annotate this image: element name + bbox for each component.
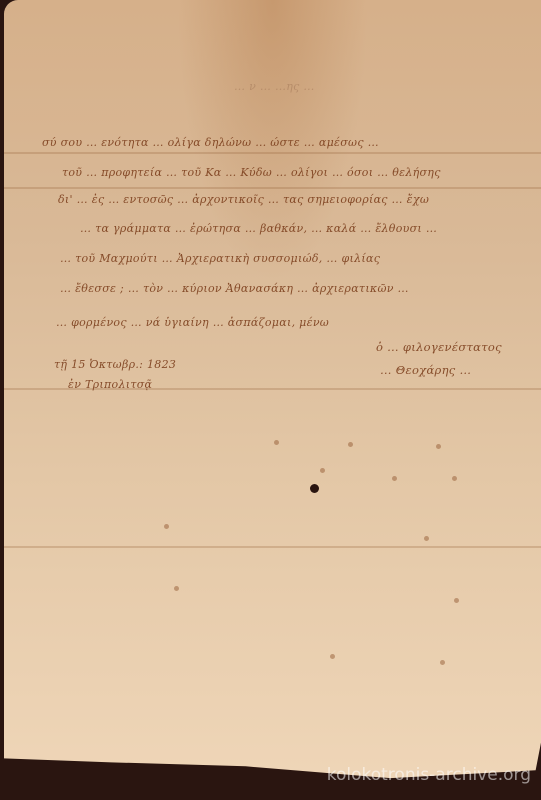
body-line-6: … ἔθεσσε ; … τὸν … κύριον Ἀθανασάκη … ἀρ… (60, 282, 409, 295)
ink-bleed (440, 660, 445, 665)
ink-bleed (174, 586, 179, 591)
letter-place: ἐν Τριπολιτσᾷ (68, 378, 152, 391)
manuscript-page: … ν … …ης … σύ σου … ενότητα … ολίγα δηλ… (4, 0, 541, 790)
body-line-7: … φορμένος … νά ὑγιαίνη … ἀσπάζομαι, μέν… (56, 316, 329, 329)
ink-bleed (454, 598, 459, 603)
ink-bleed (452, 476, 457, 481)
archive-watermark: kolokotronis-archive.org (327, 765, 531, 785)
signature: … Θεοχάρης … (380, 363, 471, 377)
fold-line (4, 187, 541, 189)
header-faint-text: … ν … …ης … (234, 80, 315, 93)
paper-hole (310, 484, 319, 493)
body-line-3: δι' … ἐς … εντοσῶς … ἀρχοντικοῖς … τας σ… (58, 193, 429, 206)
ink-bleed (424, 536, 429, 541)
ink-bleed (436, 444, 441, 449)
ink-bleed (330, 654, 335, 659)
closing-formula: ὁ … φιλογενέστατος (376, 340, 502, 354)
body-line-5: … τοῦ Μαχμούτι … Ἀρχιερατικὴ συσσομιώδ, … (60, 252, 380, 265)
fold-line (4, 546, 541, 548)
fold-line (4, 152, 541, 154)
letter-date: τῇ 15 Ὀκτωβρ.: 1823 (54, 358, 176, 371)
body-line-4: … τα γράμματα … ἐρώτησα … βαθκάν, … καλά… (80, 222, 437, 235)
ink-bleed (392, 476, 397, 481)
ink-bleed (164, 524, 169, 529)
ink-bleed (348, 442, 353, 447)
body-line-1: σύ σου … ενότητα … ολίγα δηλώνω … ώστε …… (42, 136, 379, 149)
body-line-2: τοῦ … προφητεία … τοῦ Κα … Κύδω … ολίγοι… (62, 166, 441, 179)
ink-bleed (320, 468, 325, 473)
ink-bleed (274, 440, 279, 445)
